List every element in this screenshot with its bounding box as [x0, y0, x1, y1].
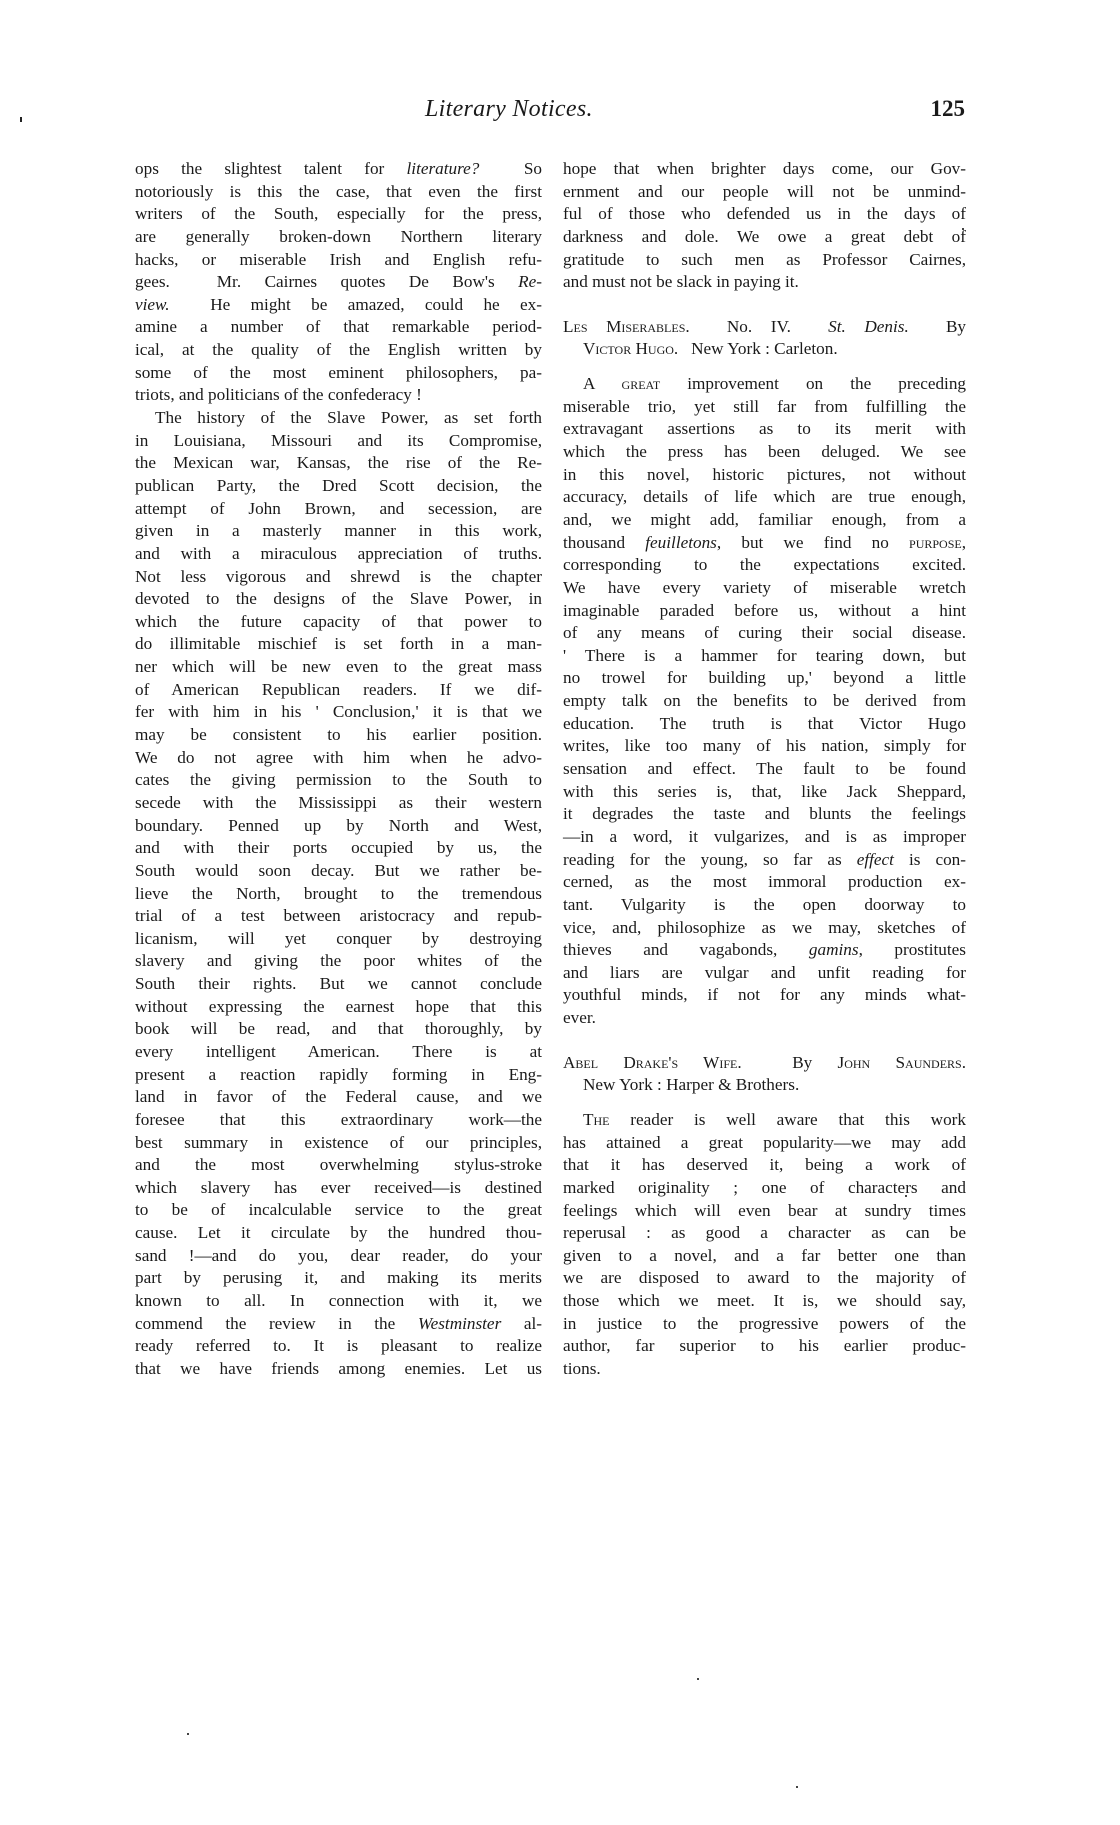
text-line: of any means of curing their social dise… — [563, 622, 966, 645]
by-label: By — [946, 317, 966, 336]
text-line: attempt of John Brown, and secession, ar… — [135, 498, 542, 521]
scan-speck — [796, 1786, 798, 1788]
text-line: tions. — [563, 1358, 966, 1381]
text-line: extravagant assertions as to its merit w… — [563, 418, 966, 441]
text-line: and liars are vulgar and unfit reading f… — [563, 962, 966, 985]
text-line: empty talk on the benefits to be derived… — [563, 690, 966, 713]
text-line: triots, and politicians of the confedera… — [135, 384, 542, 407]
italic-term: gamins — [809, 940, 859, 959]
text-line: A great improvement on the preceding — [563, 373, 966, 396]
text-line: devoted to the designs of the Slave Powe… — [135, 588, 542, 611]
book-title: Abel Drake's Wife. — [563, 1053, 742, 1072]
text-line: darkness and dole. We owe a great debt o… — [563, 226, 966, 249]
text-line: present a reaction rapidly forming in En… — [135, 1064, 542, 1087]
small-caps-word: great — [622, 374, 661, 393]
text-line: and the most overwhelming stylus-stroke — [135, 1154, 542, 1177]
book-subtitle: St. Denis. — [828, 317, 909, 336]
text-line: ful of those who defended us in the days… — [563, 203, 966, 226]
text-line: reading for the young, so far as effect … — [563, 849, 966, 872]
spacer — [563, 1097, 966, 1109]
text-line: youthful minds, if not for any minds wha… — [563, 984, 966, 1007]
book-notice-body: The reader is well aware that this work … — [563, 1109, 966, 1381]
text-line: ner which will be new even to the great … — [135, 656, 542, 679]
book-notice-body: A great improvement on the preceding mis… — [563, 373, 966, 1030]
text-line: fer with him in his ' Conclusion,' it is… — [135, 701, 542, 724]
heading-line: Victor Hugo. New York : Carleton. — [563, 338, 966, 361]
text-line: The history of the Slave Power, as set f… — [135, 407, 542, 430]
text-line: that it has deserved it, being a work of — [563, 1154, 966, 1177]
text-line: gratitude to such men as Professor Cairn… — [563, 249, 966, 272]
text-line: thieves and vagabonds, gamins, prostitut… — [563, 939, 966, 962]
text-line: marked originality ; one of characters a… — [563, 1177, 966, 1200]
text-line: has attained a great popularity—we may a… — [563, 1132, 966, 1155]
italic-term: Re- — [518, 272, 542, 291]
right-column: hope that when brighter days come, our G… — [563, 158, 966, 1381]
book-publisher: New York : Carleton. — [691, 339, 838, 358]
text-line: which slavery has ever received—is desti… — [135, 1177, 542, 1200]
text-line: it degrades the taste and blunts the fee… — [563, 803, 966, 826]
text-line: commend the review in the Westminster al… — [135, 1313, 542, 1336]
spacer — [563, 1030, 966, 1052]
text-line: without expressing the earnest hope that… — [135, 996, 542, 1019]
text-line: we are disposed to award to the majority… — [563, 1267, 966, 1290]
text-line: are generally broken-down Northern liter… — [135, 226, 542, 249]
text-line: ' There is a hammer for tearing down, bu… — [563, 645, 966, 668]
text-line: ever. — [563, 1007, 966, 1030]
text-line: corresponding to the expectations excite… — [563, 554, 966, 577]
text-line: imaginable paraded before us, without a … — [563, 600, 966, 623]
heading-line: Les Miserables. No. IV. St. Denis. By — [563, 316, 966, 339]
book-page: Literary Notices. 125 ops the slightest … — [0, 0, 1120, 1825]
text-line: ical, at the quality of the English writ… — [135, 339, 542, 362]
text-line: cerned, as the most immoral production e… — [563, 871, 966, 894]
text-line: Not less vigorous and shrewd is the chap… — [135, 566, 542, 589]
small-caps-word: The — [583, 1110, 610, 1129]
italic-term: effect — [857, 850, 894, 869]
text-line: amine a number of that remarkable period… — [135, 316, 542, 339]
text-line: which the future capacity of that power … — [135, 611, 542, 634]
page-number: 125 — [931, 96, 966, 122]
text-line: to be of incalculable service to the gre… — [135, 1199, 542, 1222]
text-line: and with their ports occupied by us, the — [135, 837, 542, 860]
italic-term: feuilletons — [645, 533, 717, 552]
text-line: miserable trio, yet still far from fulfi… — [563, 396, 966, 419]
text-line: view. He might be amazed, could he ex- — [135, 294, 542, 317]
text-line: reperusal : as good a character as can b… — [563, 1222, 966, 1245]
book-title: Les Miserables. — [563, 317, 690, 336]
text-line: part by perusing it, and making its meri… — [135, 1267, 542, 1290]
text-line: which the press has been deluged. We see — [563, 441, 966, 464]
left-column: ops the slightest talent for literature?… — [135, 158, 542, 1381]
text-line: lieve the North, brought to the tremendo… — [135, 883, 542, 906]
text-line: education. The truth is that Victor Hugo — [563, 713, 966, 736]
paragraph-continuation: ops the slightest talent for literature?… — [135, 158, 542, 407]
text-line: and, we might add, familiar enough, from… — [563, 509, 966, 532]
text-line: some of the most eminent philosophers, p… — [135, 362, 542, 385]
text-line: writes, like too many of his nation, sim… — [563, 735, 966, 758]
text-line: book will be read, and that thoroughly, … — [135, 1018, 542, 1041]
text-line: secede with the Mississippi as their wes… — [135, 792, 542, 815]
heading-line: Abel Drake's Wife. By John Saunders. — [563, 1052, 966, 1075]
text-line: —in a word, it vulgarizes, and is as imp… — [563, 826, 966, 849]
text-line: hacks, or miserable Irish and English re… — [135, 249, 542, 272]
scan-speck — [187, 1733, 189, 1735]
italic-term: view. — [135, 295, 170, 314]
text-line: cates the giving permission to the South… — [135, 769, 542, 792]
italic-term: Westminster — [418, 1314, 501, 1333]
margin-mark — [20, 117, 22, 122]
text-line: boundary. Penned up by North and West, — [135, 815, 542, 838]
paragraph-continuation: hope that when brighter days come, our G… — [563, 158, 966, 294]
text-line: licanism, will yet conquer by destroying — [135, 928, 542, 951]
text-line: tant. Vulgarity is the open doorway to — [563, 894, 966, 917]
text-line: We do not agree with him when he advo- — [135, 747, 542, 770]
paragraph-slave-power: The history of the Slave Power, as set f… — [135, 407, 542, 1381]
scan-speck — [697, 1678, 699, 1680]
spacer — [563, 361, 966, 373]
text-line: thousand feuilletons, but we find no pur… — [563, 532, 966, 555]
text-line: ernment and our people will not be unmin… — [563, 181, 966, 204]
book-author: Victor Hugo. — [583, 339, 678, 358]
spacer — [563, 294, 966, 316]
text-line: hope that when brighter days come, our G… — [563, 158, 966, 181]
text-line: The reader is well aware that this work — [563, 1109, 966, 1132]
text-line: given to a novel, and a far better one t… — [563, 1245, 966, 1268]
text-line: and with a miraculous appreciation of tr… — [135, 543, 542, 566]
text-line: notoriously is this the case, that even … — [135, 181, 542, 204]
text-line: given in a masterly manner in this work, — [135, 520, 542, 543]
text-line: cause. Let it circulate by the hundred t… — [135, 1222, 542, 1245]
text-line: land in favor of the Federal cause, and … — [135, 1086, 542, 1109]
text-line: and must not be slack in paying it. — [563, 271, 966, 294]
text-line: writers of the South, especially for the… — [135, 203, 542, 226]
text-line: author, far superior to his earlier prod… — [563, 1335, 966, 1358]
book-volume: No. IV. — [727, 317, 791, 336]
text-line: ops the slightest talent for literature?… — [135, 158, 542, 181]
text-line: with this series is, that, like Jack She… — [563, 781, 966, 804]
text-line: no trowel for building up,' beyond a lit… — [563, 667, 966, 690]
by-label: By — [792, 1053, 812, 1072]
text-line: may be consistent to his earlier positio… — [135, 724, 542, 747]
text-line: vice, and, philosophize as we may, sketc… — [563, 917, 966, 940]
text-line: best summary in existence of our princip… — [135, 1132, 542, 1155]
text-line: We have every variety of miserable wretc… — [563, 577, 966, 600]
text-line: the Mexican war, Kansas, the rise of the… — [135, 452, 542, 475]
text-line: do illimitable mischief is set forth in … — [135, 633, 542, 656]
text-line: that we have friends among enemies. Let … — [135, 1358, 542, 1381]
book-notice-heading: Abel Drake's Wife. By John Saunders. New… — [563, 1052, 966, 1097]
text-line: publican Party, the Dred Scott decision,… — [135, 475, 542, 498]
text-line: accuracy, details of life which are true… — [563, 486, 966, 509]
text-line: ready referred to. It is pleasant to rea… — [135, 1335, 542, 1358]
heading-line: New York : Harper & Brothers. — [563, 1074, 966, 1097]
text-line: in Louisiana, Missouri and its Compromis… — [135, 430, 542, 453]
text-line: South would soon decay. But we rather be… — [135, 860, 542, 883]
book-notice-heading: Les Miserables. No. IV. St. Denis. By Vi… — [563, 316, 966, 361]
text-line: those which we meet. It is, we should sa… — [563, 1290, 966, 1313]
text-line: sand !—and do you, dear reader, do your — [135, 1245, 542, 1268]
text-line: sensation and effect. The fault to be fo… — [563, 758, 966, 781]
running-head: Literary Notices. 125 — [135, 96, 965, 126]
text-line: South their rights. But we cannot conclu… — [135, 973, 542, 996]
italic-term: literature? — [407, 159, 480, 178]
text-line: feelings which will even bear at sundry … — [563, 1200, 966, 1223]
text-line: slavery and giving the poor whites of th… — [135, 950, 542, 973]
running-title: Literary Notices. — [425, 96, 593, 123]
text-line: in this novel, historic pictures, not wi… — [563, 464, 966, 487]
text-line: every intelligent American. There is at — [135, 1041, 542, 1064]
text-line: in justice to the progressive powers of … — [563, 1313, 966, 1336]
text-line: foresee that this extraordinary work—the — [135, 1109, 542, 1132]
text-line: known to all. In connection with it, we — [135, 1290, 542, 1313]
text-line: gees. Mr. Cairnes quotes De Bow's Re- — [135, 271, 542, 294]
book-author: John Saunders. — [838, 1053, 966, 1072]
small-caps-word: purpose — [909, 533, 962, 552]
text-line: trial of a test between aristocracy and … — [135, 905, 542, 928]
text-line: of American Republican readers. If we di… — [135, 679, 542, 702]
